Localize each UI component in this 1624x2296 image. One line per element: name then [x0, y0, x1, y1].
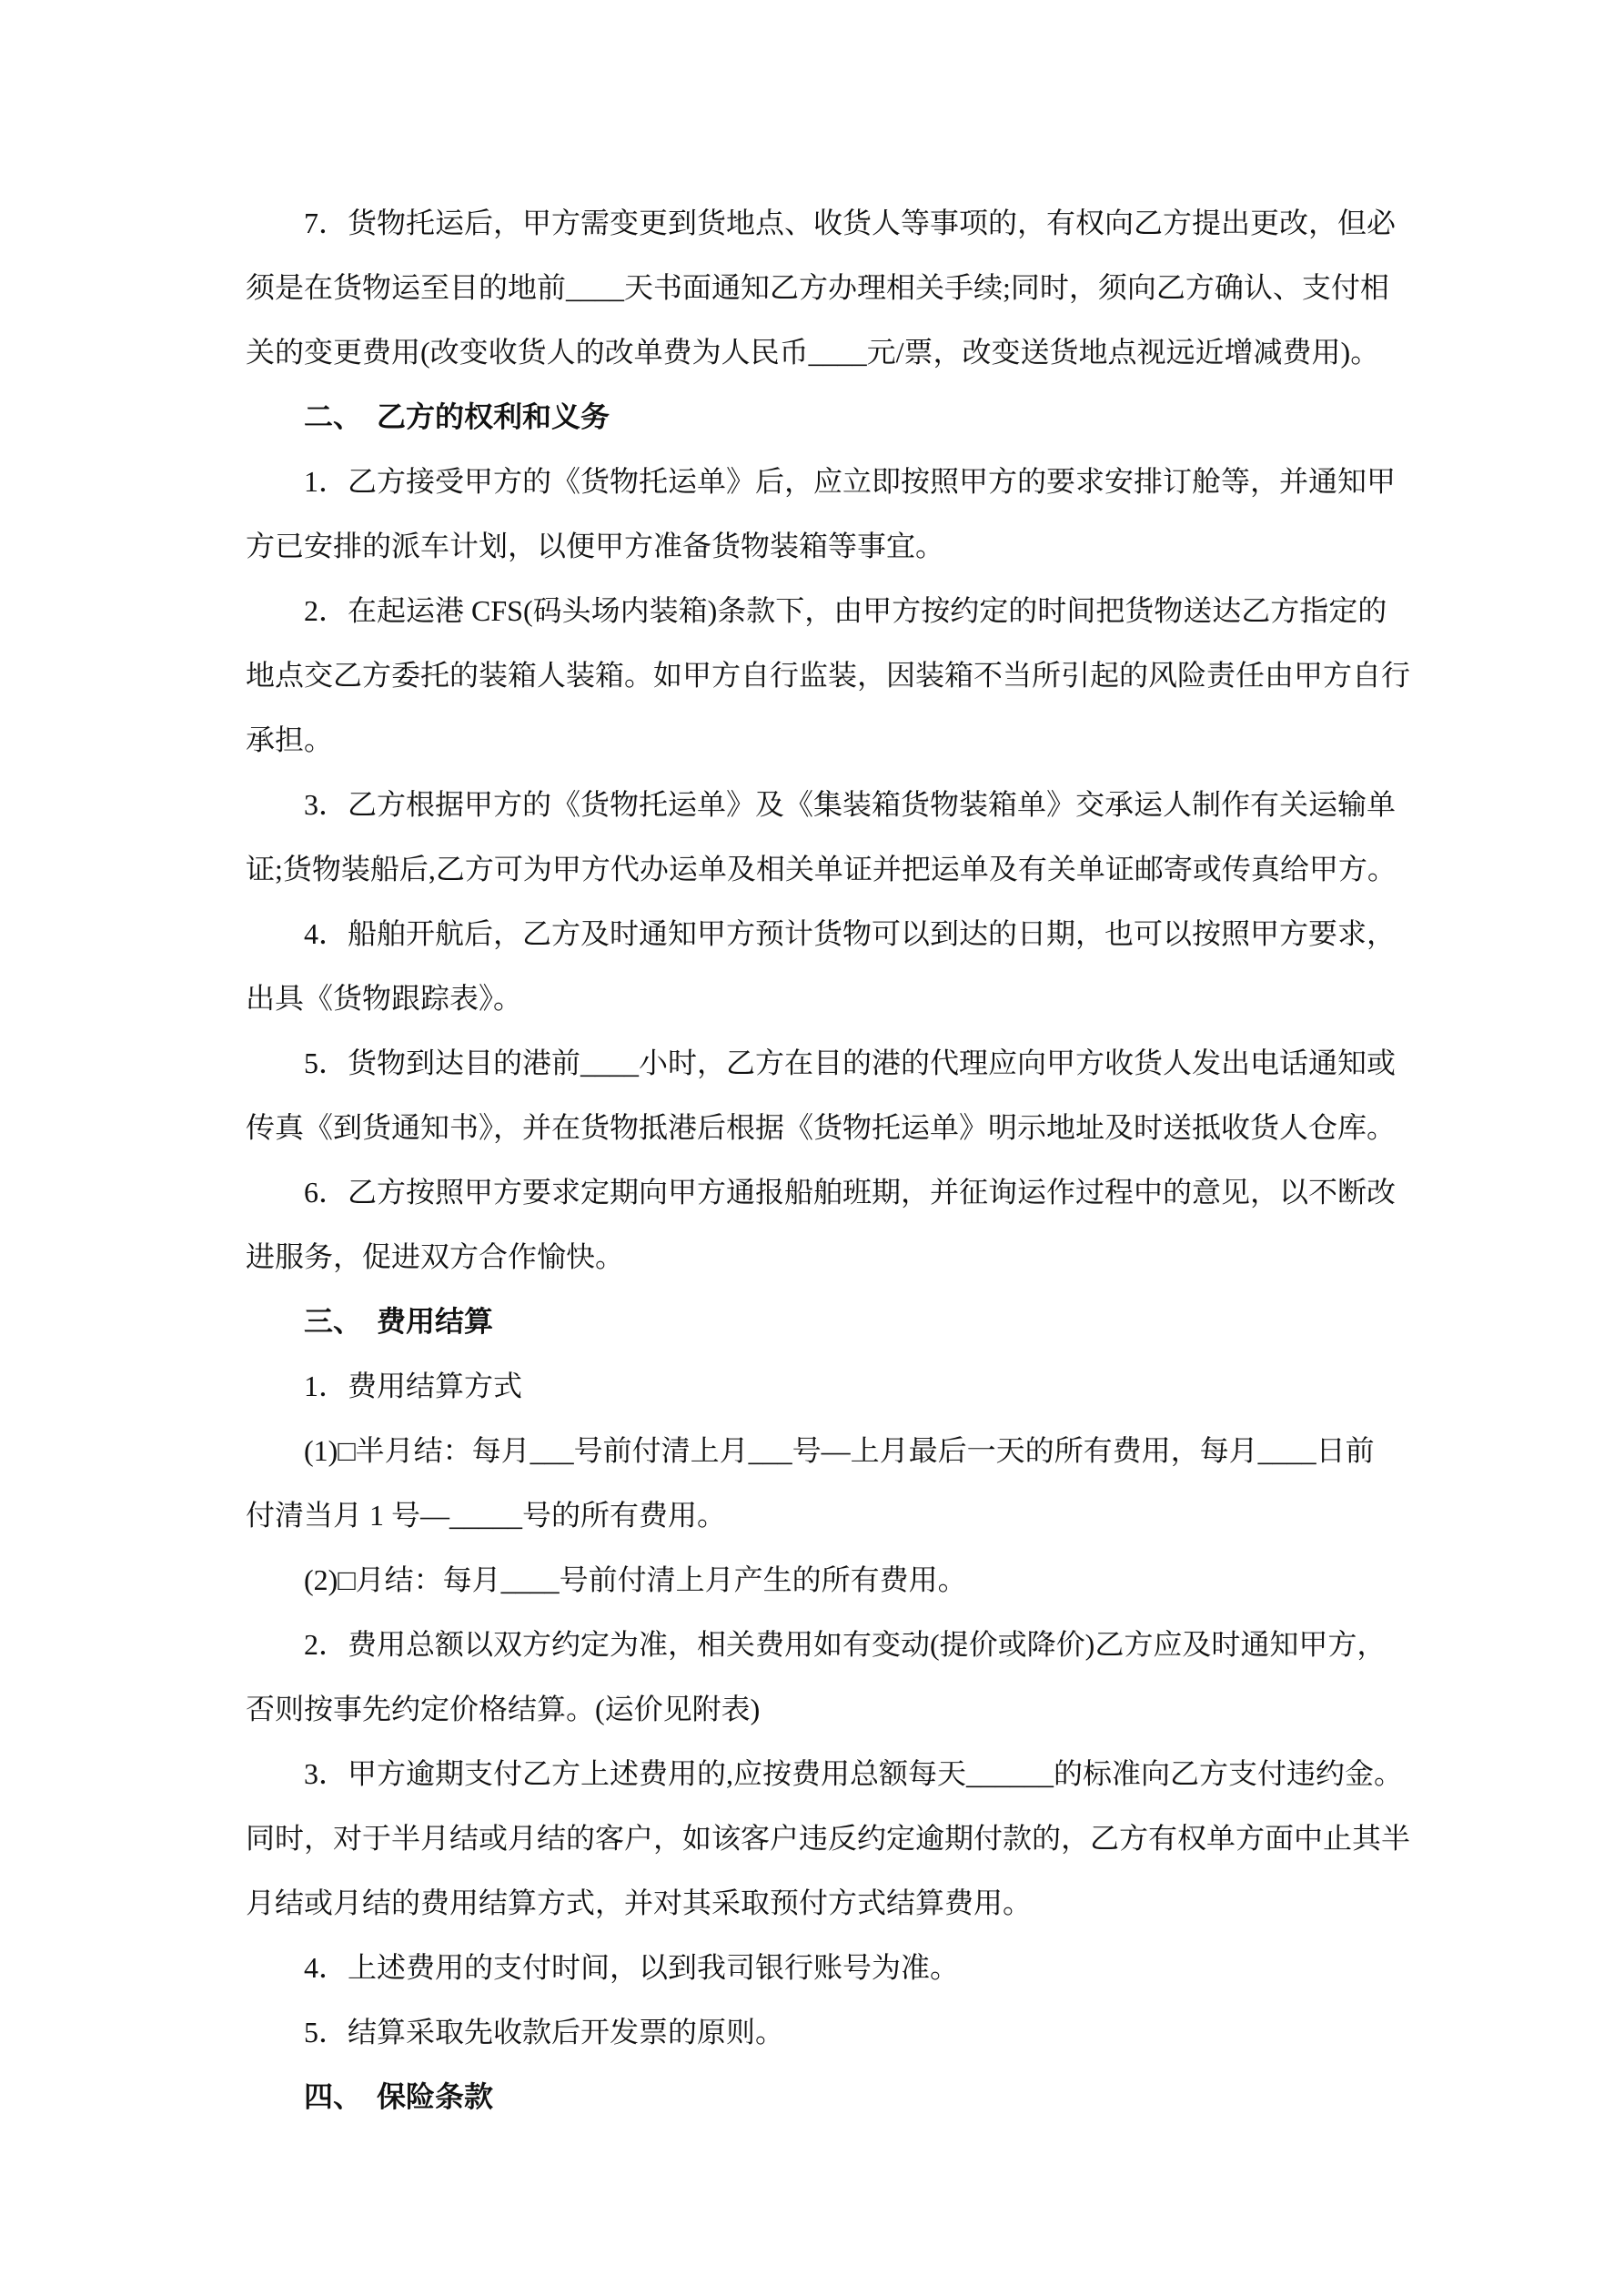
text-line: 地点交乙方委托的装箱人装箱。如甲方自行监装，因装箱不当所引起的风险责任由甲方自行 — [246, 643, 1378, 708]
text-line: 1．乙方接受甲方的《货物托运单》后，应立即按照甲方的要求安排订舱等，并通知甲 — [246, 450, 1378, 514]
text-line: 传真《到货通知书》，并在货物抵港后根据《货物托运单》明示地址及时送抵收货人仓库。 — [246, 1096, 1378, 1160]
text-line: 月结或月结的费用结算方式，并对其采取预付方式结算费用。 — [246, 1871, 1378, 1936]
text-line: 出具《货物跟踪表》。 — [246, 966, 1378, 1031]
text-line: 须是在货物运至目的地前____天书面通知乙方办理相关手续;同时，须向乙方确认、支… — [246, 256, 1378, 320]
text-line: 4．上述费用的支付时间，以到我司银行账号为准。 — [246, 1936, 1378, 2000]
text-line: 进服务，促进双方合作愉快。 — [246, 1225, 1378, 1290]
text-line: 2．费用总额以双方约定为准，相关费用如有变动(提价或降价)乙方应及时通知甲方， — [246, 1613, 1378, 1677]
text-line: 3．甲方逾期支付乙方上述费用的,应按费用总额每天______的标准向乙方支付违约… — [246, 1742, 1378, 1806]
text-line: 2．在起运港 CFS(码头场内装箱)条款下，由甲方按约定的时间把货物送达乙方指定… — [246, 579, 1378, 643]
text-line: 付清当月 1 号—_____号的所有费用。 — [246, 1483, 1378, 1548]
section-heading: 三、 费用结算 — [246, 1290, 1378, 1354]
text-line: 4．船舶开航后，乙方及时通知甲方预计货物可以到达的日期，也可以按照甲方要求， — [246, 902, 1378, 966]
text-line: 关的变更费用(改变收货人的改单费为人民币____元/票，改变送货地点视远近增减费… — [246, 320, 1378, 385]
text-line: 1．费用结算方式 — [246, 1354, 1378, 1419]
text-line: 方已安排的派车计划，以便甲方准备货物装箱等事宜。 — [246, 514, 1378, 579]
text-line: 5．货物到达目的港前____小时，乙方在目的港的代理应向甲方收货人发出电话通知或 — [246, 1031, 1378, 1096]
text-line: 证;货物装船后,乙方可为甲方代办运单及相关单证并把运单及有关单证邮寄或传真给甲方… — [246, 837, 1378, 902]
text-line: 同时，对于半月结或月结的客户，如该客户违反约定逾期付款的，乙方有权单方面中止其半 — [246, 1806, 1378, 1871]
text-line: 否则按事先约定价格结算。(运价见附表) — [246, 1677, 1378, 1742]
text-line: 5．结算采取先收款后开发票的原则。 — [246, 2000, 1378, 2065]
text-line: 7．货物托运后，甲方需变更到货地点、收货人等事项的，有权向乙方提出更改，但必 — [246, 191, 1378, 256]
document-page: 7．货物托运后，甲方需变更到货地点、收货人等事项的，有权向乙方提出更改，但必须是… — [0, 0, 1624, 2296]
text-line: 3．乙方根据甲方的《货物托运单》及《集装箱货物装箱单》交承运人制作有关运输单 — [246, 773, 1378, 837]
text-line: 承担。 — [246, 708, 1378, 773]
section-heading: 二、 乙方的权利和义务 — [246, 385, 1378, 450]
section-heading: 四、 保险条款 — [246, 2065, 1378, 2129]
text-line: (1)□半月结：每月___号前付清上月___号—上月最后一天的所有费用，每月__… — [246, 1419, 1378, 1483]
text-line: (2)□月结：每月____号前付清上月产生的所有费用。 — [246, 1548, 1378, 1613]
document-body: 7．货物托运后，甲方需变更到货地点、收货人等事项的，有权向乙方提出更改，但必须是… — [246, 191, 1378, 2129]
text-line: 6．乙方按照甲方要求定期向甲方通报船舶班期，并征询运作过程中的意见，以不断改 — [246, 1160, 1378, 1225]
